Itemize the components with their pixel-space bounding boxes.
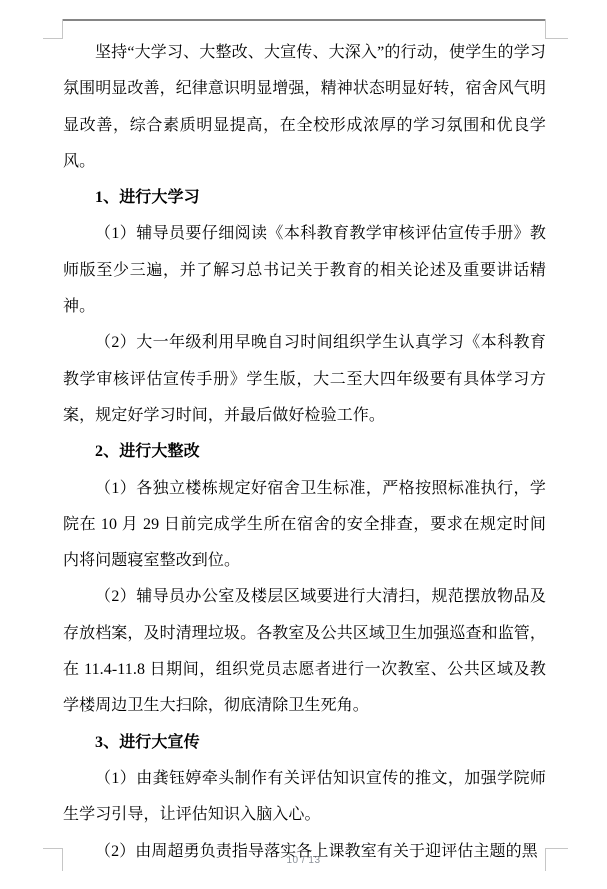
paragraph-1-1: （1）辅导员要仔细阅读《本科教育教学审核评估宣传手册》教师版至少三遍，并了解习总… [63,216,546,325]
paragraph-3-1: （1）由龚钰婷牵头制作有关评估知识宣传的推文，加强学院师生学习引导，让评估知识入… [63,761,546,834]
document-page: 坚持“大学习、大整改、大宣传、大深入”的行动，使学生的学习氛围明显改善，纪律意识… [0,0,607,889]
margin-mark-bottom-right-horizontal [546,848,568,849]
page-number-indicator: 10 / 13 [0,855,607,866]
margin-mark-top-left-horizontal [43,38,63,39]
heading-3-da-xuanchuan: 3、进行大宣传 [63,725,546,761]
page-boundary-line [63,19,546,21]
paragraph-2-1: （1）各独立楼栋规定好宿舍卫生标准，严格按照标准执行，学院在 10 月 29 日… [63,471,546,580]
paragraph-1-2: （2）大一年级利用早晚自习时间组织学生认真学习《本科教育教学审核评估宣传手册》学… [63,325,546,434]
margin-mark-top-right-horizontal [546,38,568,39]
heading-1-da-xuexi: 1、进行大学习 [63,180,546,216]
document-text-area: 坚持“大学习、大整改、大宣传、大深入”的行动，使学生的学习氛围明显改善，纪律意识… [63,35,546,870]
paragraph-2-2: （2）辅导员办公室及楼层区域要进行大清扫，规范摆放物品及存放档案，及时清理垃圾。… [63,579,546,724]
margin-mark-bottom-left-horizontal [43,848,63,849]
paragraph-intro: 坚持“大学习、大整改、大宣传、大深入”的行动，使学生的学习氛围明显改善，纪律意识… [63,35,546,180]
heading-2-da-zhenggai: 2、进行大整改 [63,434,546,470]
